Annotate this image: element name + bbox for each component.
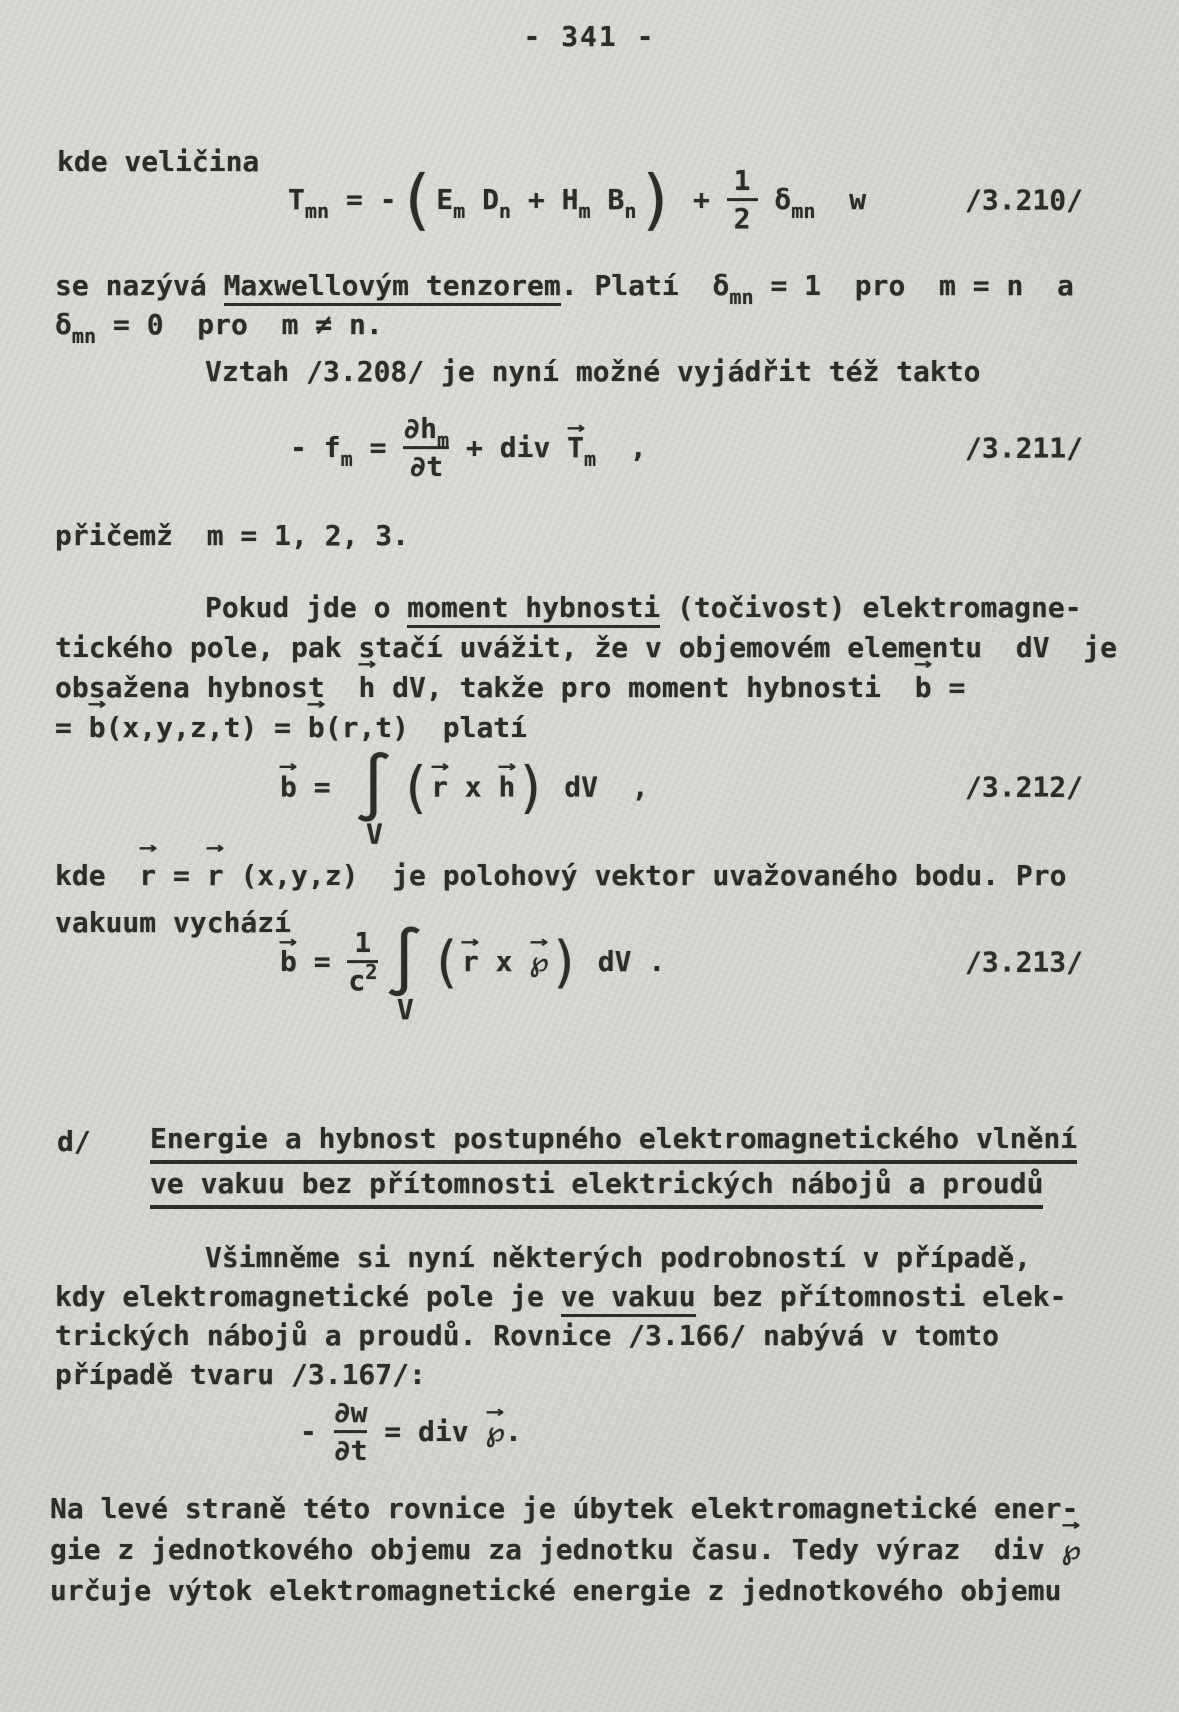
vector-arrow-icon: → — [530, 931, 549, 952]
math-symbol: h — [358, 671, 375, 704]
math-symbol: T — [288, 184, 305, 217]
equation-3-210: Tmn = - ( Em Dn + Hm Bn ) + 1 2 δmn w /3… — [0, 160, 1179, 240]
math-operator: + — [676, 184, 727, 217]
text-run: d/ — [57, 1125, 91, 1158]
text-run: trických nábojů a proudů. Rovnice /3.166… — [55, 1319, 999, 1352]
text-line: přičemž m = 1, 2, 3. — [55, 516, 409, 556]
text-line: kde →r = →r (x,y,z) je polohový vektor u… — [55, 852, 1066, 899]
vector-poynting: →℘ — [1061, 1529, 1081, 1570]
vector-h: →h — [358, 668, 375, 708]
text-line: obsažena hybnost →h dV, takže pro moment… — [55, 668, 1117, 708]
math-symbol: D — [482, 184, 499, 217]
text-run: (x,y,z,t) = — [106, 711, 308, 744]
vector-b: →b — [280, 770, 297, 803]
fraction-bar — [334, 1431, 368, 1434]
math-symbol: b — [89, 711, 106, 744]
fraction-numerator: ∂w — [334, 1398, 368, 1427]
math-symbol: B — [608, 184, 625, 217]
vector-arrow-icon: → — [1062, 1514, 1081, 1535]
math-operator: = — [297, 946, 348, 979]
text-run: Pokud jde o — [205, 591, 407, 624]
math-term: →r — [462, 946, 479, 979]
math-symbol: ℘ — [1061, 1533, 1081, 1566]
math-operator: + div — [449, 432, 567, 465]
vector-arrow-icon: → — [279, 931, 298, 952]
text-run: Vztah /3.208/ je nyní možné vyjádřit též… — [205, 355, 980, 388]
math-term: →r — [431, 770, 448, 803]
math-sub: m — [584, 448, 596, 472]
fraction-denominator: ∂t — [334, 1437, 368, 1466]
paragraph-pricemz: přičemž m = 1, 2, 3. — [55, 516, 409, 556]
text-run: = — [55, 711, 89, 744]
math-symbol: dV — [581, 946, 632, 979]
text-run: = 1 pro m = n a — [754, 269, 1074, 302]
math-term: →b — [280, 770, 297, 803]
vector-arrow-icon: → — [914, 653, 933, 674]
text-run: tického pole, pak stačí uvážit, že v obj… — [55, 631, 1117, 664]
text-run: (r,t) platí — [325, 711, 527, 744]
math-operator: = div — [367, 1416, 485, 1449]
fraction-denominator: c2 — [348, 967, 377, 996]
equation-label: /3.213/ — [965, 946, 1083, 979]
math-term: δmn — [758, 184, 816, 217]
math-sub: m — [453, 200, 465, 224]
math-punctuation: . — [631, 946, 665, 979]
math-symbol: ∂h — [403, 412, 437, 445]
math-term: Bn — [608, 184, 637, 217]
text-run: kde — [55, 859, 139, 892]
vector-T: →T — [567, 432, 584, 465]
section-title: Energie a hybnost postupného elektromagn… — [150, 1122, 1077, 1200]
math-sub: mn — [72, 324, 96, 348]
text-line: ve vakuu bez přítomnosti elektrických ná… — [150, 1167, 1077, 1200]
integral-sign: ∫ — [353, 757, 393, 816]
math-symbol: δ — [758, 184, 792, 217]
text-run: Všimněme si nyní některých podrobností v… — [55, 1241, 1031, 1274]
vector-arrow-icon: → — [357, 653, 376, 674]
math-symbol: r — [207, 859, 224, 892]
math-symbol: c — [348, 965, 365, 998]
page-number: - 341 - — [0, 20, 1179, 53]
fraction-bar — [727, 199, 758, 202]
vector-arrow-icon: → — [206, 837, 225, 858]
math-symbol: b — [308, 711, 325, 744]
integral-volume-sub: V — [397, 996, 414, 1024]
math-term: →b — [280, 946, 297, 979]
math-symbol: E — [436, 184, 453, 217]
paragraph-zaver: Na levé straně této rovnice je úbytek el… — [50, 1488, 1081, 1611]
equation-body: →b = 1 c2 ∫V ( →r x →℘ ) dV . — [280, 928, 665, 996]
text-line: gie z jednotkového objemu za jednotku ča… — [50, 1529, 1081, 1570]
vector-arrow-icon: → — [279, 756, 298, 777]
equation-label: /3.212/ — [965, 771, 1083, 804]
fraction-numerator: ∂hm — [403, 414, 449, 443]
vector-arrow-icon: → — [486, 1401, 505, 1422]
math-symbol: δ — [712, 269, 729, 302]
vector-r: →r — [207, 852, 224, 899]
text-line: kdy elektromagnetické pole je ve vakuu b… — [55, 1277, 1066, 1316]
math-sub: n — [499, 200, 511, 224]
math-term: Dn — [482, 184, 511, 217]
text-line: Na levé straně této rovnice je úbytek el… — [50, 1488, 1081, 1529]
math-punctuation: , — [596, 432, 647, 465]
text-run: dV, takže pro moment hybnosti — [375, 671, 914, 704]
equation-label: /3.211/ — [965, 432, 1083, 465]
text-line: tického pole, pak stačí uvážit, že v obj… — [55, 628, 1117, 668]
text-line: se nazývá Maxwellovým tenzorem. Platí δm… — [55, 266, 1074, 305]
paragraph-maxwell-tensor: se nazývá Maxwellovým tenzorem. Platí δm… — [55, 266, 1074, 344]
math-sub: mn — [791, 200, 815, 224]
text-line: určuje výtok elektromagnetické energie z… — [50, 1570, 1081, 1611]
underlined-text: Maxwellovým tenzorem — [224, 269, 561, 306]
math-space — [591, 184, 608, 217]
equation-energy-balance: - ∂w ∂t = div →℘ . — [0, 1392, 1179, 1472]
math-symbol: H — [562, 184, 579, 217]
fraction-denominator: 2 — [734, 205, 751, 234]
integral-volume-sub: V — [366, 821, 383, 849]
math-operator: = - — [329, 184, 396, 217]
math-operator: - — [300, 1416, 334, 1449]
math-sub: m — [341, 448, 353, 472]
vector-poynting: →℘ — [529, 946, 549, 979]
scanned-textbook-page: - 341 - kde veličina Tmn = - ( Em Dn + H… — [0, 0, 1179, 1712]
fraction: ∂hm ∂t — [403, 414, 449, 482]
vector-b: →b — [280, 946, 297, 979]
paragraph-moment-hybnosti: Pokud jde o moment hybnosti (točivost) e… — [55, 588, 1117, 748]
equation-3-213: →b = 1 c2 ∫V ( →r x →℘ ) dV . /3.213/ — [0, 920, 1179, 1004]
fraction: 1 c2 — [347, 928, 378, 996]
math-operator: x — [448, 770, 499, 803]
text-run: bez přítomnosti elek- — [696, 1280, 1067, 1313]
vector-b: →b — [89, 708, 106, 748]
math-operator: = — [353, 432, 404, 465]
vector-arrow-icon: → — [461, 931, 480, 952]
text-run: = — [156, 859, 207, 892]
equation-3-211: - fm = ∂hm ∂t + div →Tm , /3.211/ — [0, 398, 1179, 498]
underlined-text: ve vakuu bez přítomnosti elektrických ná… — [150, 1167, 1043, 1209]
math-symbol: w — [816, 184, 867, 217]
paragraph-vztah: Vztah /3.208/ je nyní možné vyjádřit též… — [55, 352, 980, 392]
text-run: . Platí — [561, 269, 713, 302]
math-symbol: - f — [290, 432, 341, 465]
text-run: přičemž m = 1, 2, 3. — [55, 519, 409, 552]
text-run: kdy elektromagnetické pole je — [55, 1280, 561, 1313]
math-sub: mn — [729, 285, 753, 309]
math-space — [465, 184, 482, 217]
math-term: →℘ — [485, 1416, 505, 1449]
math-sup: 2 — [365, 960, 377, 984]
text-line: trických nábojů a proudů. Rovnice /3.166… — [55, 1316, 1066, 1355]
text-run: = 0 pro m ≠ n. — [96, 308, 383, 341]
vector-arrow-icon: → — [307, 693, 326, 714]
text-line: Všimněme si nyní některých podrobností v… — [55, 1238, 1066, 1277]
math-term: →Tm — [567, 432, 596, 465]
text-line: δmn = 0 pro m ≠ n. — [55, 305, 1074, 344]
equation-body: Tmn = - ( Em Dn + Hm Bn ) + 1 2 δmn w — [288, 166, 866, 234]
paragraph-vsimneme: Všimněme si nyní některých podrobností v… — [55, 1238, 1066, 1394]
math-term: Hm — [562, 184, 591, 217]
text-line: Pokud jde o moment hybnosti (točivost) e… — [55, 588, 1117, 628]
text-run: Na levé straně této rovnice je úbytek el… — [50, 1492, 1078, 1525]
section-marker: d/ — [57, 1122, 91, 1162]
fraction: 1 2 — [727, 166, 758, 234]
integral: ∫V — [384, 932, 424, 991]
text-run: = — [932, 671, 966, 704]
text-run: gie z jednotkového objemu za jednotku ča… — [50, 1533, 1061, 1566]
vector-r: →r — [139, 852, 156, 899]
integral: ∫V — [353, 757, 393, 816]
math-operator: x — [479, 946, 530, 979]
text-line: = →b(x,y,z,t) = →b(r,t) platí — [55, 708, 1117, 748]
math-term: Tmn — [288, 184, 329, 217]
math-term: →℘ — [529, 946, 549, 979]
math-term: - fm — [290, 432, 353, 465]
vector-b: →b — [308, 708, 325, 748]
vector-arrow-icon: → — [138, 837, 157, 858]
math-operator: + — [511, 184, 562, 217]
text-run: se nazývá — [55, 269, 224, 302]
math-sub: mn — [305, 200, 329, 224]
math-sub: m — [579, 200, 591, 224]
math-sub: n — [624, 200, 636, 224]
vector-h: →h — [499, 770, 516, 803]
vector-b: →b — [915, 668, 932, 708]
math-punctuation: , — [598, 770, 649, 803]
vector-poynting: →℘ — [485, 1416, 505, 1449]
vector-arrow-icon: → — [497, 756, 516, 777]
text-line: Vztah /3.208/ je nyní možné vyjádřit též… — [55, 352, 980, 392]
math-term: Em — [436, 184, 465, 217]
fraction: ∂w ∂t — [334, 1398, 368, 1466]
equation-body: - ∂w ∂t = div →℘ . — [300, 1398, 522, 1466]
fraction-bar — [403, 447, 449, 450]
vector-r: →r — [431, 770, 448, 803]
integral-sign: ∫ — [384, 932, 424, 991]
math-term: →h — [499, 770, 516, 803]
math-symbol: b — [915, 671, 932, 704]
text-run: případě tvaru /3.167/: — [55, 1358, 426, 1391]
equation-body: →b = ∫V ( →r x →h ) dV , — [280, 757, 649, 816]
underlined-text: ve vakuu — [561, 1280, 696, 1317]
vector-arrow-icon: → — [430, 756, 449, 777]
equation-3-212: →b = ∫V ( →r x →h ) dV , /3.212/ — [0, 752, 1179, 822]
text-run: určuje výtok elektromagnetické energie z… — [50, 1574, 1061, 1607]
math-symbol: δ — [55, 308, 72, 341]
vector-r: →r — [462, 946, 479, 979]
fraction-numerator: 1 — [354, 928, 371, 957]
text-run: (x,y,z) je polohový vektor uvažovaného b… — [224, 859, 1067, 892]
fraction-numerator: 1 — [734, 166, 751, 195]
fraction-denominator: ∂t — [409, 453, 443, 482]
text-line: Energie a hybnost postupného elektromagn… — [150, 1122, 1077, 1155]
equation-label: /3.210/ — [965, 184, 1083, 217]
vector-arrow-icon: → — [566, 417, 585, 438]
math-punctuation: . — [505, 1416, 522, 1449]
math-symbol: r — [139, 859, 156, 892]
text-line: případě tvaru /3.167/: — [55, 1355, 1066, 1394]
vector-arrow-icon: → — [88, 693, 107, 714]
text-run: (točivost) elektromagne- — [660, 591, 1081, 624]
math-operator: = — [297, 770, 348, 803]
underlined-text: moment hybnosti — [407, 591, 660, 628]
equation-body: - fm = ∂hm ∂t + div →Tm , — [290, 414, 647, 482]
math-symbol: dV — [547, 770, 598, 803]
underlined-text: Energie a hybnost postupného elektromagn… — [150, 1122, 1077, 1164]
